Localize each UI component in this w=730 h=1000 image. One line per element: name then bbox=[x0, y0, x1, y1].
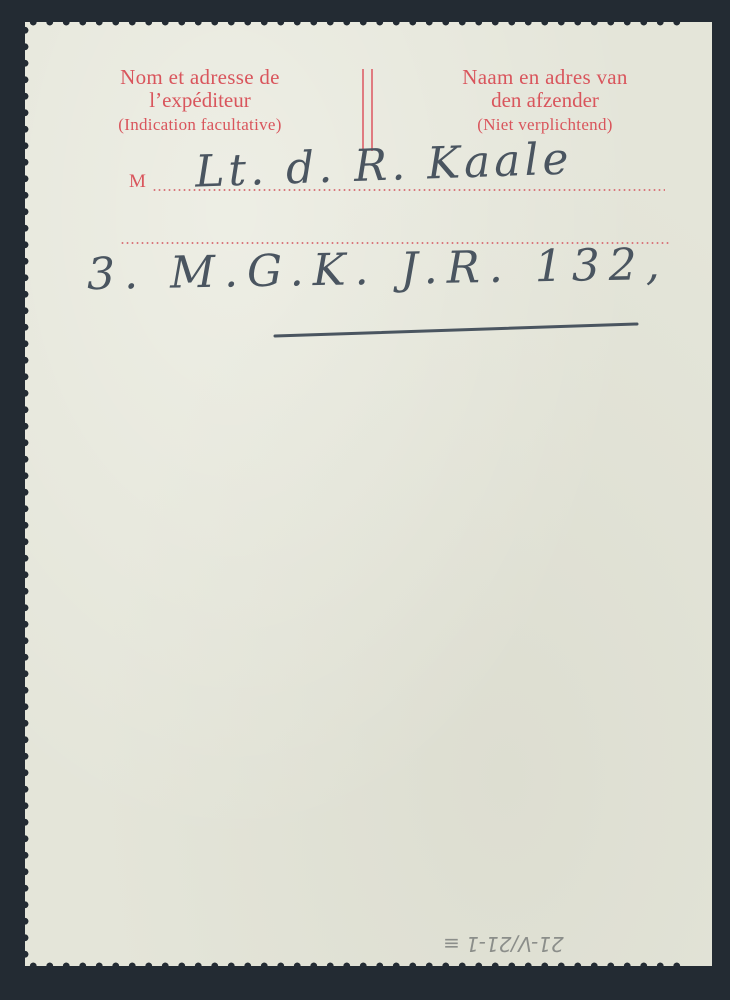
postal-card: Nom et adresse de l’expéditeur (Indicati… bbox=[25, 22, 712, 966]
pencil-note-upside-down: 21-V/21-1 ≡ bbox=[443, 932, 564, 956]
handwritten-underline bbox=[25, 22, 712, 966]
